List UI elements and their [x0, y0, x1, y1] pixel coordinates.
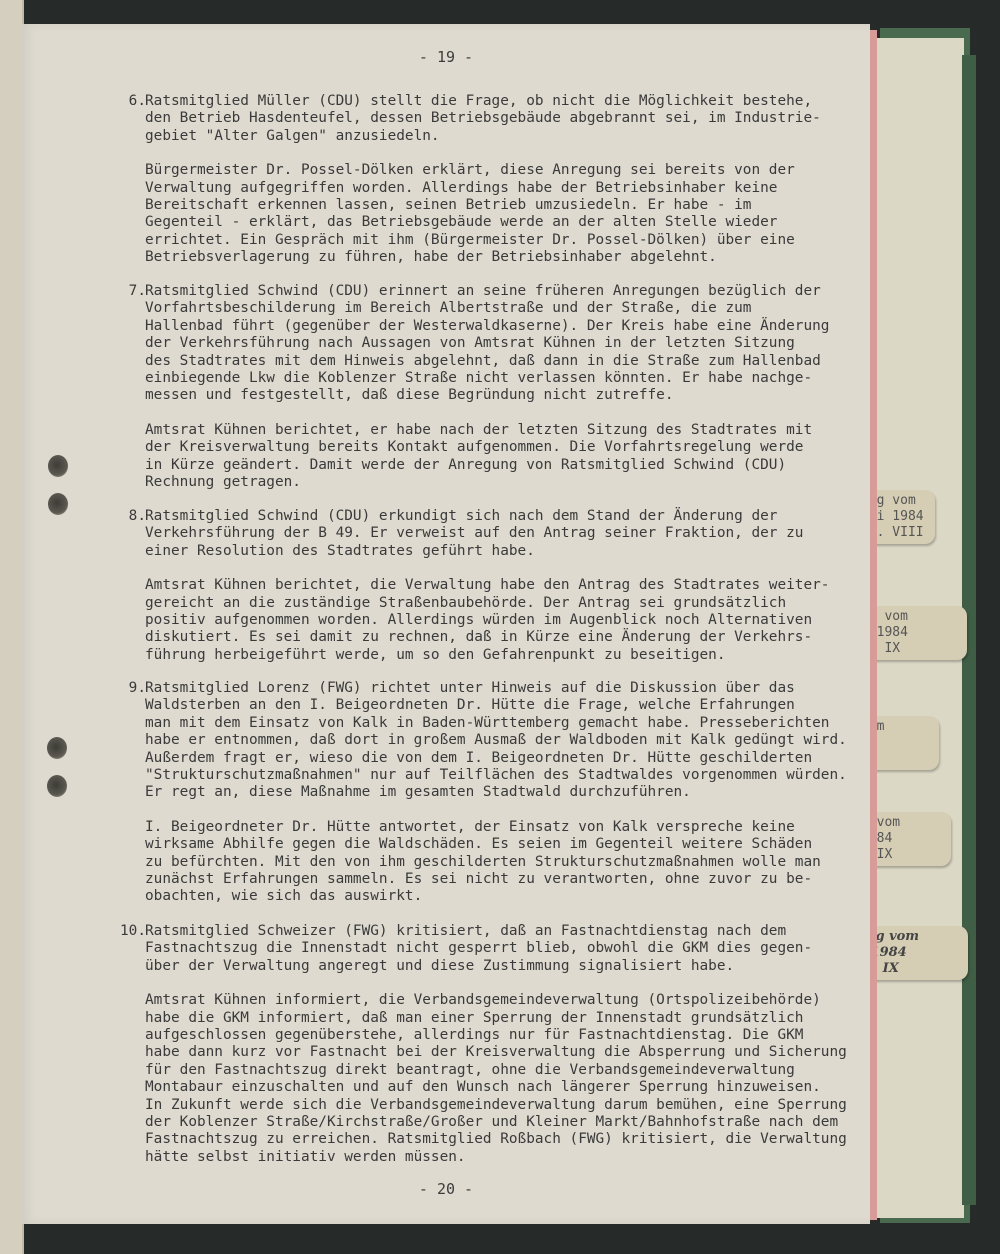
- item-paragraph: Bürgermeister Dr. Possel-Dölken erklärt,…: [145, 162, 854, 266]
- item-paragraph: I. Beigeordneter Dr. Hütte antwortet, de…: [145, 819, 854, 906]
- item-paragraph: Ratsmitglied Schweizer (FWG) kritisiert,…: [145, 923, 854, 975]
- punch-hole: [47, 775, 67, 797]
- item-number: 10.: [114, 923, 146, 940]
- punch-hole: [48, 455, 68, 477]
- item-paragraph: Ratsmitglied Müller (CDU) stellt die Fra…: [145, 93, 854, 145]
- item-paragraph: Amtsrat Kühnen berichtet, er habe nach d…: [145, 422, 854, 492]
- agenda-item-6: 6. Ratsmitglied Müller (CDU) stellt die …: [114, 93, 854, 267]
- pink-page-edge: [869, 30, 877, 1220]
- agenda-item-8: 8. Ratsmitglied Schwind (CDU) erkundigt …: [114, 508, 854, 664]
- page-number-top: - 19 -: [22, 48, 870, 66]
- punch-hole: [47, 737, 67, 759]
- item-number: 7.: [114, 283, 146, 300]
- page-number-bottom: - 20 -: [22, 1180, 870, 1198]
- item-paragraph: Ratsmitglied Schwind (CDU) erkundigt sic…: [145, 508, 854, 560]
- item-paragraph: Amtsrat Kühnen informiert, die Verbandsg…: [145, 992, 854, 1166]
- item-paragraph: Ratsmitglied Schwind (CDU) erinnert an s…: [145, 283, 854, 405]
- agenda-item-10: 10. Ratsmitglied Schweizer (FWG) kritisi…: [114, 923, 854, 1166]
- left-page-edge: [0, 0, 24, 1254]
- item-number: 8.: [114, 508, 146, 525]
- item-paragraph: Ratsmitglied Lorenz (FWG) richtet unter …: [145, 680, 854, 802]
- document-page: - 19 - 6. Ratsmitglied Müller (CDU) stel…: [22, 24, 870, 1224]
- item-number: 9.: [114, 680, 146, 697]
- item-paragraph: Amtsrat Kühnen berichtet, die Verwaltung…: [145, 577, 854, 664]
- agenda-item-9: 9. Ratsmitglied Lorenz (FWG) richtet unt…: [114, 680, 854, 906]
- punch-hole: [48, 493, 68, 515]
- item-number: 6.: [114, 93, 146, 110]
- agenda-item-7: 7. Ratsmitglied Schwind (CDU) erinnert a…: [114, 283, 854, 491]
